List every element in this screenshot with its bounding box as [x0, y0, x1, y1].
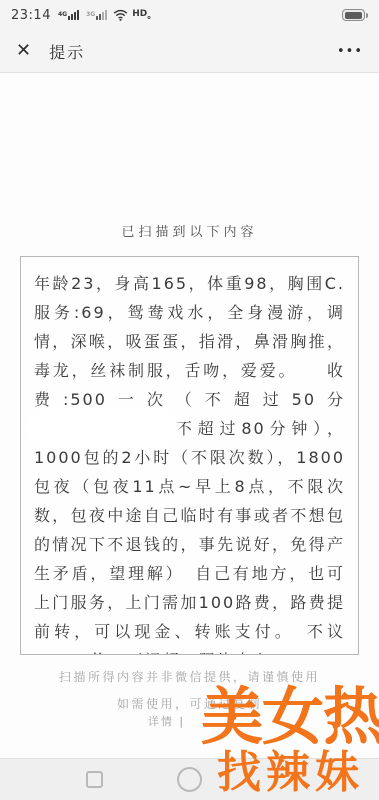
watermark-text-line1: 美女热 [201, 686, 379, 748]
battery-icon [342, 9, 368, 21]
clock: 23:14 [11, 8, 51, 23]
recent-apps-icon[interactable] [86, 771, 103, 788]
hd-volte-icon: HDo [132, 9, 150, 21]
sim1-signal-icon: 4G [58, 10, 79, 20]
scan-result-heading: 已扫描到以下内容 [0, 221, 379, 240]
wifi-icon [113, 9, 128, 21]
page-title: 提示 [49, 40, 85, 63]
sim2-signal-icon: 3G [86, 10, 107, 20]
scanned-text: 年龄23，身高165，体重98，胸围C. 服务:69，鸳鸯戏水，全身漫游，调情，… [34, 269, 345, 655]
scanned-text-box: 年龄23，身高165，体重98，胸围C. 服务:69，鸳鸯戏水，全身漫游，调情，… [20, 256, 359, 655]
phone-screen: 23:14 4G 3G HDo ✕ 提示 ••• 已扫描到以下内容 [0, 0, 379, 800]
nav-bar: ✕ 提示 ••• [0, 30, 379, 73]
close-icon[interactable]: ✕ [16, 42, 31, 60]
sim2-label: 3G [86, 11, 95, 18]
scanned-text-before-blur: 年龄23，身高165，体重98，胸围C. 服务:69，鸳鸯戏水，全身漫游，调情，… [34, 274, 359, 409]
sim1-label: 4G [58, 11, 67, 18]
status-bar: 23:14 4G 3G HDo [0, 0, 379, 30]
scanned-text-after-blur: 不超过80分钟），1000包的2小时（不限次数），1800包夜（包夜11点~早上… [34, 419, 345, 655]
watermark-text-line2: 找辣妹 [217, 751, 364, 795]
blurred-redaction [34, 418, 172, 438]
home-icon[interactable] [177, 767, 202, 792]
more-menu-icon[interactable]: ••• [337, 44, 363, 59]
